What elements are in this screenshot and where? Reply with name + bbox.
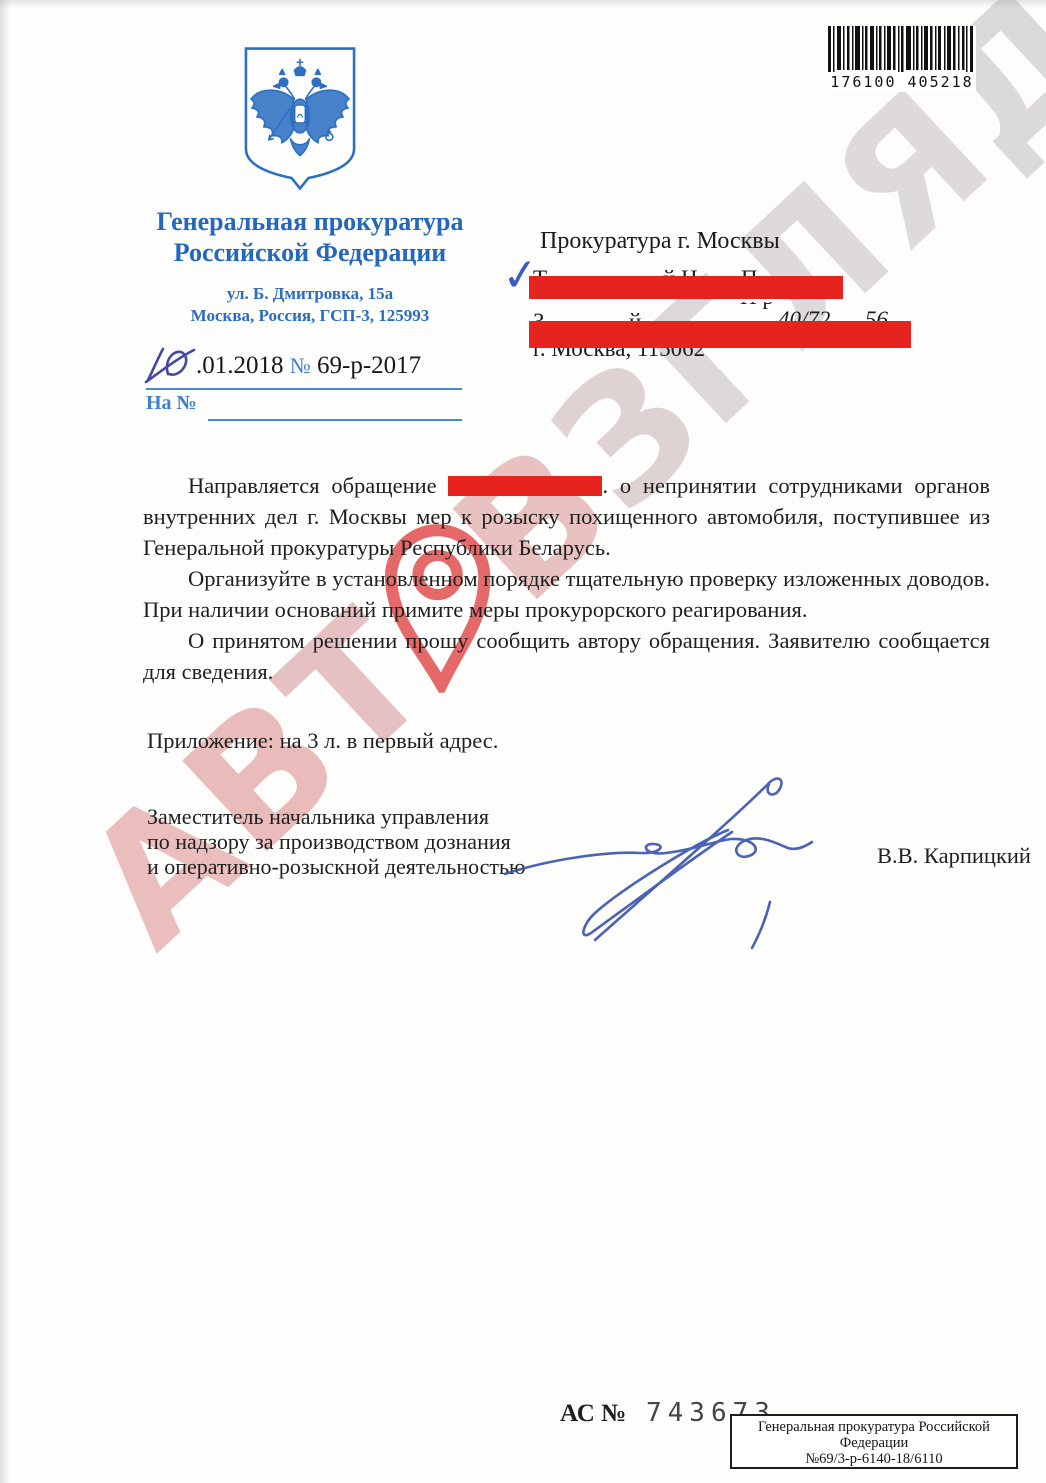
handwritten-signature [470,752,830,962]
org-name-line2: Российской Федерации [128,237,492,268]
date-line: .01.2018 № 69-р-2017 [146,342,462,390]
body-paragraph-3: О принятом решении прошу сообщить автору… [143,625,990,687]
registration-stamp: Генеральная прокуратура Российской Федер… [730,1414,1018,1469]
redaction-bar [529,276,843,299]
letterhead: Генеральная прокуратура Российской Федер… [128,206,492,327]
signatory-title-line2: по надзору за производством дознания [147,829,526,854]
date-number-text: .01.2018 № 69-р-2017 [196,352,421,380]
org-address: ул. Б. Дмитровка, 15а Москва, Россия, ГС… [128,283,492,327]
signatory-title: Заместитель начальника управления по над… [147,804,526,879]
org-name-line1: Генеральная прокуратура [128,206,492,237]
org-address-line1: ул. Б. Дмитровка, 15а [128,283,492,305]
number-sign: № [290,353,311,378]
signatory-title-line3: и оперативно-розыскной деятельностью [147,854,526,879]
letter-body: Направляется обращение Тй Н.П. о неприня… [143,470,990,687]
barcode-digits: 176100 405218 [828,72,976,92]
org-address-line2: Москва, Россия, ГСП-3, 125993 [128,305,492,327]
recipient-org: Прокуратура г. Москвы [540,228,780,255]
incoming-ref-line: На № [146,392,462,424]
handwritten-day [144,344,196,388]
ac-series-label: АС № [560,1400,626,1428]
inline-redaction: Тй Н.П [448,474,602,496]
redaction-bar [529,321,911,348]
body-paragraph-1: Направляется обращение Тй Н.П. о неприня… [143,470,990,563]
signatory-title-line1: Заместитель начальника управления [147,804,526,829]
redaction-bar [448,476,602,496]
stamp-line3: №69/3-р-6140-18/6110 [732,1451,1016,1467]
scanned-letter-page: А В Т В З Г Л Я Д [0,0,1046,1483]
signatory-name: В.В. Карпицкий [877,843,1031,869]
stamp-line1: Генеральная прокуратура Российской [732,1419,1016,1435]
body-paragraph-2: Организуйте в установленном порядке тщат… [143,563,990,625]
barcode: 176100 405218 [828,26,976,92]
incoming-ref-label: На № [146,392,197,414]
coat-of-arms-icon [238,42,362,194]
stamp-line2: Федерации [732,1435,1016,1451]
attachment-line: Приложение: на 3 л. в первый адрес. [147,728,498,754]
incoming-ref-rule [208,419,462,421]
watermark-letter: Я [801,59,1023,284]
barcode-bars [828,26,976,76]
